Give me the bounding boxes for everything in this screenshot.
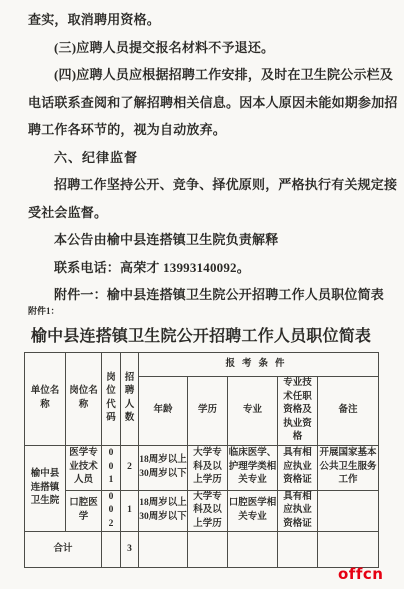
cell-age-medical: 18周岁以上 30周岁以下 [139, 445, 188, 490]
header-post-name: 岗位名 称 [66, 353, 102, 446]
cell-education-medical: 大学专 科及以 上学历 [188, 445, 228, 490]
notice-discipline-line-2: 受社会监督。 [28, 199, 380, 227]
cell-qualification-dental: 具有相 应执业 资格证 [278, 490, 318, 532]
notice-clause-4-line-3: 聘工作各环节的，视为自动放弃。 [28, 116, 380, 144]
notice-body: 查实，取消聘用资格。 (三)应聘人员提交报名材料不予退还。 (四)应聘人员应根据… [28, 6, 380, 309]
cell-age-dental: 18周岁以上 30周岁以下 [139, 490, 188, 532]
header-age: 年龄 [139, 377, 188, 446]
notice-discipline-line-1: 招聘工作坚持公开、竞争、择优原则，严格执行有关规定接 [28, 171, 380, 199]
notice-interpretation-line: 本公告由榆中县连搭镇卫生院负责解释 [28, 226, 380, 254]
cell-major-medical: 临床医学、 护理学类相 关专业 [228, 445, 278, 490]
attachment-reference-line: 附件一：榆中县连搭镇卫生院公开招聘工作人员职位简表 [28, 281, 380, 309]
cell-note-medical: 开展国家基本 公共卫生服务 工作 [318, 445, 379, 490]
cell-total-qualification-empty [278, 532, 318, 568]
header-qualification: 专业技 术任职 资格及 执业资 格 [278, 377, 318, 446]
cell-education-dental: 大学专 科及以 上学历 [188, 490, 228, 532]
cell-total-major-empty [228, 532, 278, 568]
cell-total-education-empty [188, 532, 228, 568]
cell-total-label: 合计 [25, 532, 102, 568]
cell-note-dental [318, 490, 379, 532]
section-heading-discipline: 六、纪律监督 [28, 144, 380, 172]
cell-major-dental: 口腔医学相 关专业 [228, 490, 278, 532]
cell-total-note-empty [318, 532, 379, 568]
position-table: 单位名 称 岗位名 称 岗 位 代 码 招 聘 人 数 报考条件 年龄 学历 专… [24, 352, 379, 568]
header-major: 专业 [228, 377, 278, 446]
table-row-medical: 榆中县 连搭镇 卫生院 医学专 业技术 人员 0 0 1 2 18周岁以上 30… [25, 445, 379, 490]
notice-clause-4-line-2: 电话联系查阅和了解招聘相关信息。因本人原因未能如期参加招 [28, 89, 380, 117]
scanned-recruitment-notice: 查实，取消聘用资格。 (三)应聘人员提交报名材料不予退还。 (四)应聘人员应根据… [0, 0, 404, 589]
contact-phone-line: 联系电话：高荣才 13993140092。 [28, 254, 380, 282]
attachment-label: 附件1： [28, 304, 60, 317]
cell-code-001: 0 0 1 [102, 445, 121, 490]
table-row-total: 合计 3 [25, 532, 379, 568]
header-hire-count: 招 聘 人 数 [121, 353, 139, 446]
table-row-dental: 口腔医 学 0 0 2 1 18周岁以上 30周岁以下 大学专 科及以 上学历 … [25, 490, 379, 532]
notice-line-disqualify: 查实，取消聘用资格。 [28, 6, 380, 34]
notice-clause-4-line-1: (四)应聘人员应根据招聘工作安排，及时在卫生院公示栏及 [28, 61, 380, 89]
notice-clause-3: (三)应聘人员提交报名材料不予退还。 [28, 34, 380, 62]
cell-total-age-empty [139, 532, 188, 568]
cell-post-medical: 医学专 业技术 人员 [66, 445, 102, 490]
cell-unit: 榆中县 连搭镇 卫生院 [25, 445, 66, 532]
header-note: 备注 [318, 377, 379, 446]
cell-total-code-empty [102, 532, 121, 568]
header-education: 学历 [188, 377, 228, 446]
offcn-logo: offcn [338, 565, 383, 583]
cell-count-dental: 1 [121, 490, 139, 532]
cell-total-count: 3 [121, 532, 139, 568]
table-title: 榆中县连搭镇卫生院公开招聘工作人员职位简表 [24, 323, 378, 346]
cell-qualification-medical: 具有相 应执业 资格证 [278, 445, 318, 490]
header-post-code: 岗 位 代 码 [102, 353, 121, 446]
cell-code-002: 0 0 2 [102, 490, 121, 532]
header-apply-conditions: 报考条件 [139, 353, 379, 377]
cell-count-medical: 2 [121, 445, 139, 490]
header-unit-name: 单位名 称 [25, 353, 66, 446]
cell-post-dental: 口腔医 学 [66, 490, 102, 532]
